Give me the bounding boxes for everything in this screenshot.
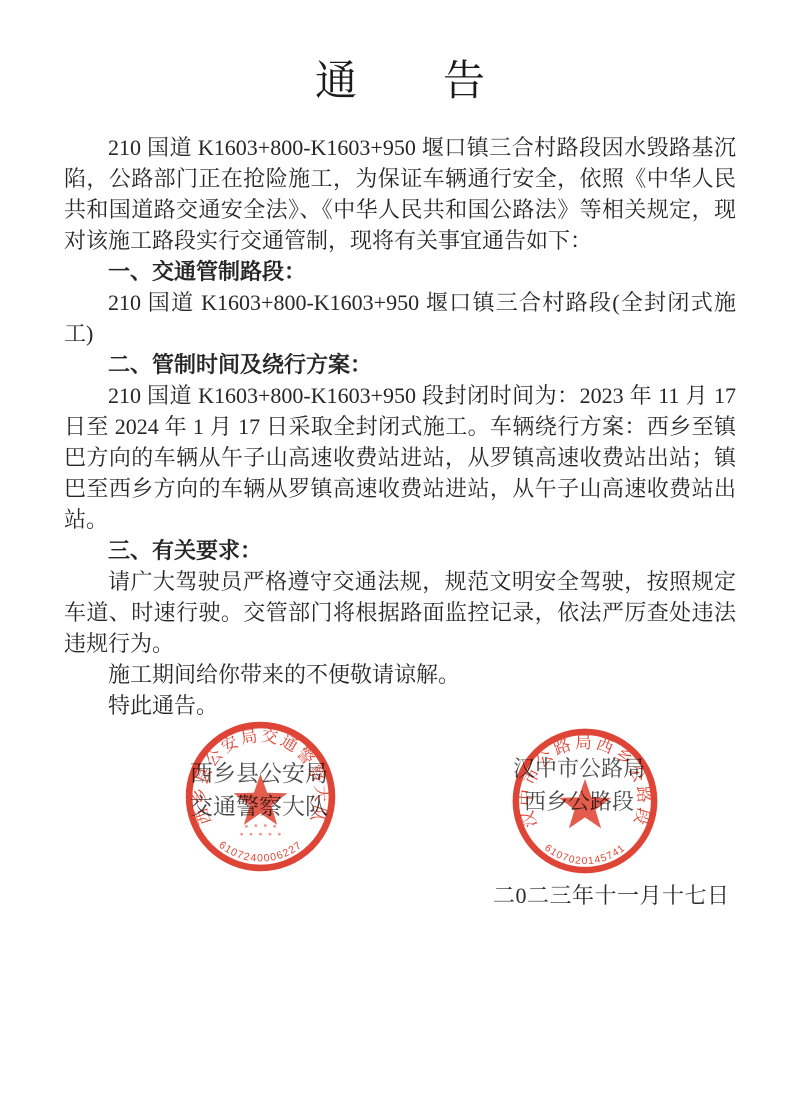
- closing-line: 特此通告。: [64, 690, 736, 721]
- right-official-seal-icon: 汉中市公路局西乡公路段 6107020145741: [509, 725, 661, 877]
- notice-document-page: 通 告 210 国道 K1603+800-K1603+950 堰口镇三合村路段因…: [0, 0, 800, 1116]
- intro-paragraph: 210 国道 K1603+800-K1603+950 堰口镇三合村路段因水毁路基…: [64, 132, 736, 256]
- notice-content: 通 告 210 国道 K1603+800-K1603+950 堰口镇三合村路段因…: [64, 0, 736, 721]
- section-2-heading: 二、管制时间及绕行方案：: [64, 349, 736, 380]
- notice-body: 210 国道 K1603+800-K1603+950 堰口镇三合村路段因水毁路基…: [64, 132, 736, 721]
- section-3-body: 请广大驾驶员严格遵守交通法规，规范文明安全驾驶，按照规定车道、时速行驶。交管部门…: [64, 566, 736, 659]
- section-3-heading: 三、有关要求：: [64, 535, 736, 566]
- seal-star-icon: [559, 779, 611, 828]
- left-official-seal-icon: 西乡县公安局交通警察大队 6107240006227: [182, 718, 339, 875]
- seal-dots: [240, 824, 281, 835]
- section-1-heading: 一、交通管制路段：: [64, 256, 736, 287]
- seal-star-icon: [234, 774, 288, 825]
- notice-title: 通 告: [64, 57, 736, 107]
- section-2-body: 210 国道 K1603+800-K1603+950 段封闭时间为：2023 年…: [64, 380, 736, 535]
- notice-title-char: 通: [315, 57, 357, 107]
- section-1-body: 210 国道 K1603+800-K1603+950 堰口镇三合村路段(全封闭式…: [64, 287, 736, 349]
- apology-line: 施工期间给你带来的不便敬请谅解。: [64, 659, 736, 690]
- notice-title-char: 告: [443, 57, 485, 107]
- issue-date: 二0二三年十一月十七日: [493, 879, 730, 910]
